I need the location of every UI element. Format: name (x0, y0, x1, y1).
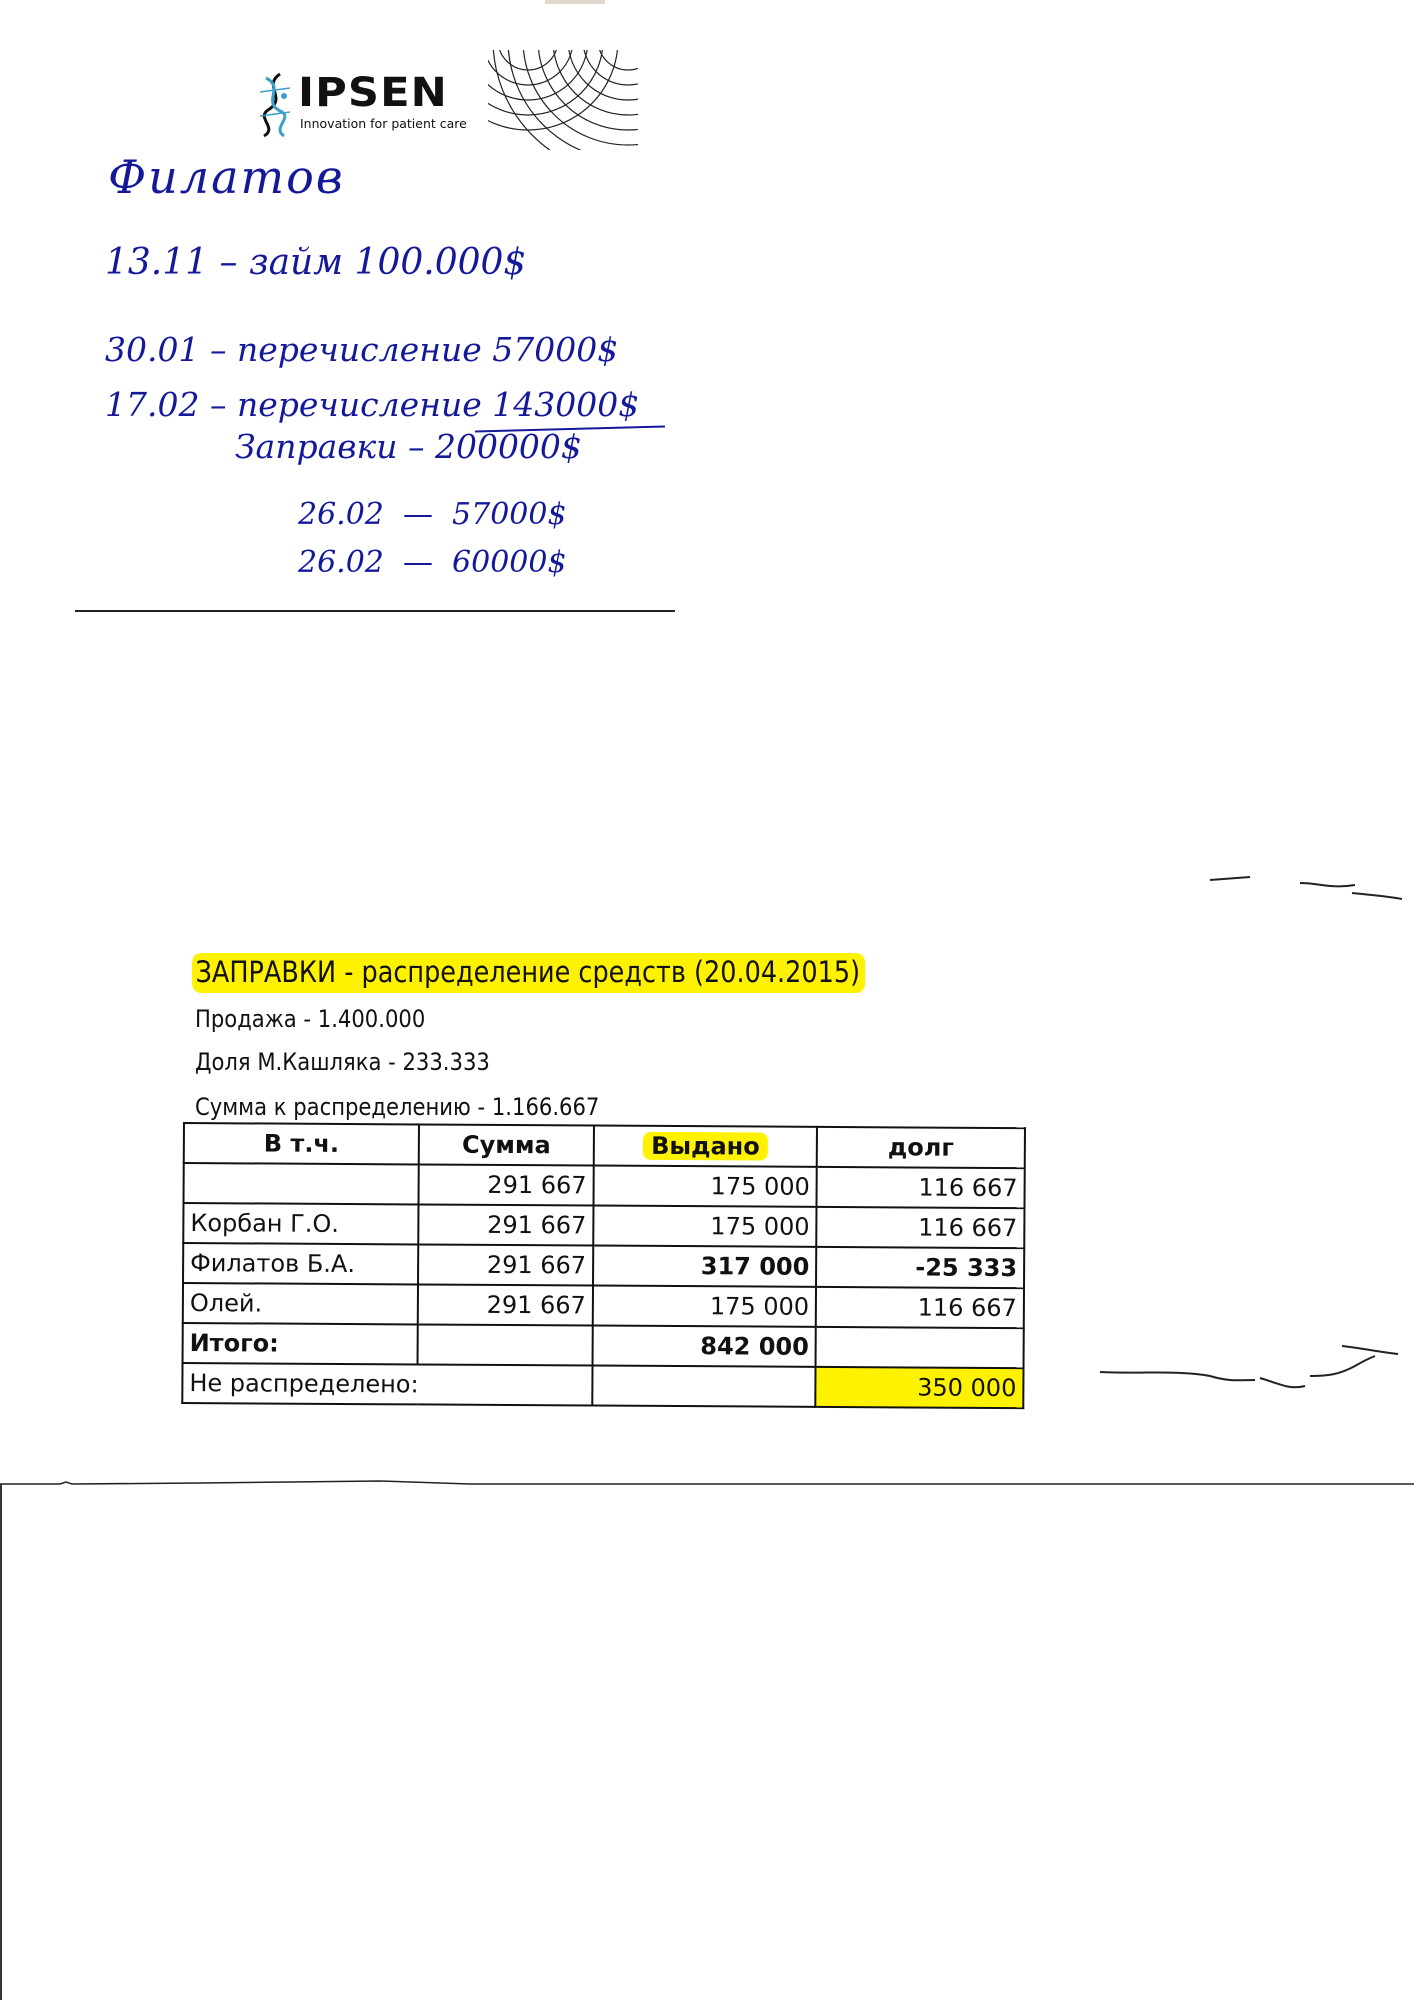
sale-line: Продажа - 1.400.000 (195, 1005, 425, 1033)
cell-issued: 175 000 (593, 1286, 816, 1327)
table-header-row: В т.ч. Сумма Выдано долг (184, 1123, 1025, 1168)
cell-empty (816, 1327, 1024, 1368)
undistributed-label: Не распределено: (182, 1363, 592, 1406)
line-date: 30.01 (105, 330, 199, 369)
total-row: Итого: 842 000 (183, 1323, 1024, 1368)
handwritten-line-transfer-1: 30.01 – перечисление 57000$ (105, 330, 618, 369)
cell-name: Олей. (183, 1283, 418, 1324)
line-amount: 57000$ (452, 497, 567, 532)
cell-sum: 291 667 (418, 1244, 593, 1285)
table-row: Филатов Б.А. 291 667 317 000 -25 333 (183, 1243, 1024, 1288)
brand-wordmark: IPSEN (298, 70, 448, 116)
handwritten-line-total: Заправки – 200000$ (235, 427, 582, 466)
line-amount: 60000$ (452, 545, 567, 580)
handwritten-line-payment-1: 26.02 — 57000$ (298, 497, 567, 532)
handwritten-line-loan: 13.11 – займ 100.000$ (105, 242, 526, 283)
highlighted-title: ЗАПРАВКИ - распределение средств (20.04.… (192, 953, 865, 993)
cell-debt: 116 667 (816, 1287, 1024, 1328)
scan-artifact (545, 0, 605, 4)
ipsen-logo: IPSEN Innovation for patient care (258, 70, 488, 140)
note-bottom-edge (75, 610, 675, 612)
line-date: 13.11 (105, 242, 208, 283)
line-text: Заправки (235, 427, 397, 466)
page-left-edge (0, 1484, 2, 2000)
line-text: перечисление (237, 385, 482, 424)
handwritten-line-transfer-2: 17.02 – перечисление 143000$ (105, 385, 639, 424)
header-issued: Выдано (594, 1126, 817, 1167)
cell-name: Корбан Г.О. (183, 1203, 418, 1244)
cell-empty (592, 1366, 815, 1407)
distribution-table: В т.ч. Сумма Выдано долг 291 667 175 000… (181, 1122, 1026, 1409)
cell-sum: 291 667 (418, 1204, 593, 1245)
line-amount: 143000$ (492, 385, 639, 424)
line-date: 17.02 (105, 385, 199, 424)
cell-name: Филатов Б.А. (183, 1243, 418, 1284)
line-text: перечисление (237, 330, 482, 369)
header-debt: долг (817, 1127, 1025, 1168)
undistributed-row: Не распределено: 350 000 (182, 1363, 1023, 1408)
cell-debt: -25 333 (816, 1247, 1024, 1288)
cell-debt: 116 667 (816, 1207, 1024, 1248)
helix-icon (258, 72, 292, 138)
handwritten-name: Филатов (108, 150, 345, 204)
cell-issued: 175 000 (593, 1206, 816, 1247)
handwritten-line-payment-2: 26.02 — 60000$ (298, 545, 567, 580)
concentric-arcs-graphic (488, 50, 638, 150)
header-sum: Сумма (419, 1124, 594, 1165)
line-text: займ (249, 242, 343, 283)
cell-debt: 116 667 (817, 1167, 1025, 1208)
brand-tagline: Innovation for patient care (300, 116, 467, 131)
document-title: ЗАПРАВКИ - распределение средств (20.04.… (192, 955, 865, 989)
to-distribute-line: Сумма к распределению - 1.166.667 (195, 1093, 599, 1121)
table-row: 291 667 175 000 116 667 (184, 1163, 1025, 1208)
line-amount: 200000$ (435, 427, 582, 466)
cell-empty (418, 1324, 593, 1365)
line-amount: 57000$ (492, 330, 618, 369)
cell-name (184, 1163, 419, 1204)
cell-sum: 291 667 (418, 1284, 593, 1325)
cell-issued: 175 000 (593, 1166, 816, 1207)
page-edge-line (0, 1480, 1414, 1486)
header-name: В т.ч. (184, 1123, 419, 1164)
share-line: Доля М.Кашляка - 233.333 (195, 1048, 490, 1076)
paper-tear-mark (1180, 865, 1410, 905)
line-date: 26.02 (298, 545, 384, 580)
total-label: Итого: (183, 1323, 418, 1364)
table-row: Корбан Г.О. 291 667 175 000 116 667 (183, 1203, 1024, 1248)
line-amount: 100.000$ (355, 242, 527, 283)
undistributed-value: 350 000 (816, 1367, 1024, 1408)
highlighted-header: Выдано (643, 1132, 768, 1161)
table-row: Олей. 291 667 175 000 116 667 (183, 1283, 1024, 1328)
cell-sum: 291 667 (419, 1164, 594, 1205)
line-date: 26.02 (298, 497, 384, 532)
total-issued: 842 000 (593, 1326, 816, 1367)
cell-issued: 317 000 (593, 1246, 816, 1287)
paper-tear-mark (1080, 1330, 1400, 1400)
